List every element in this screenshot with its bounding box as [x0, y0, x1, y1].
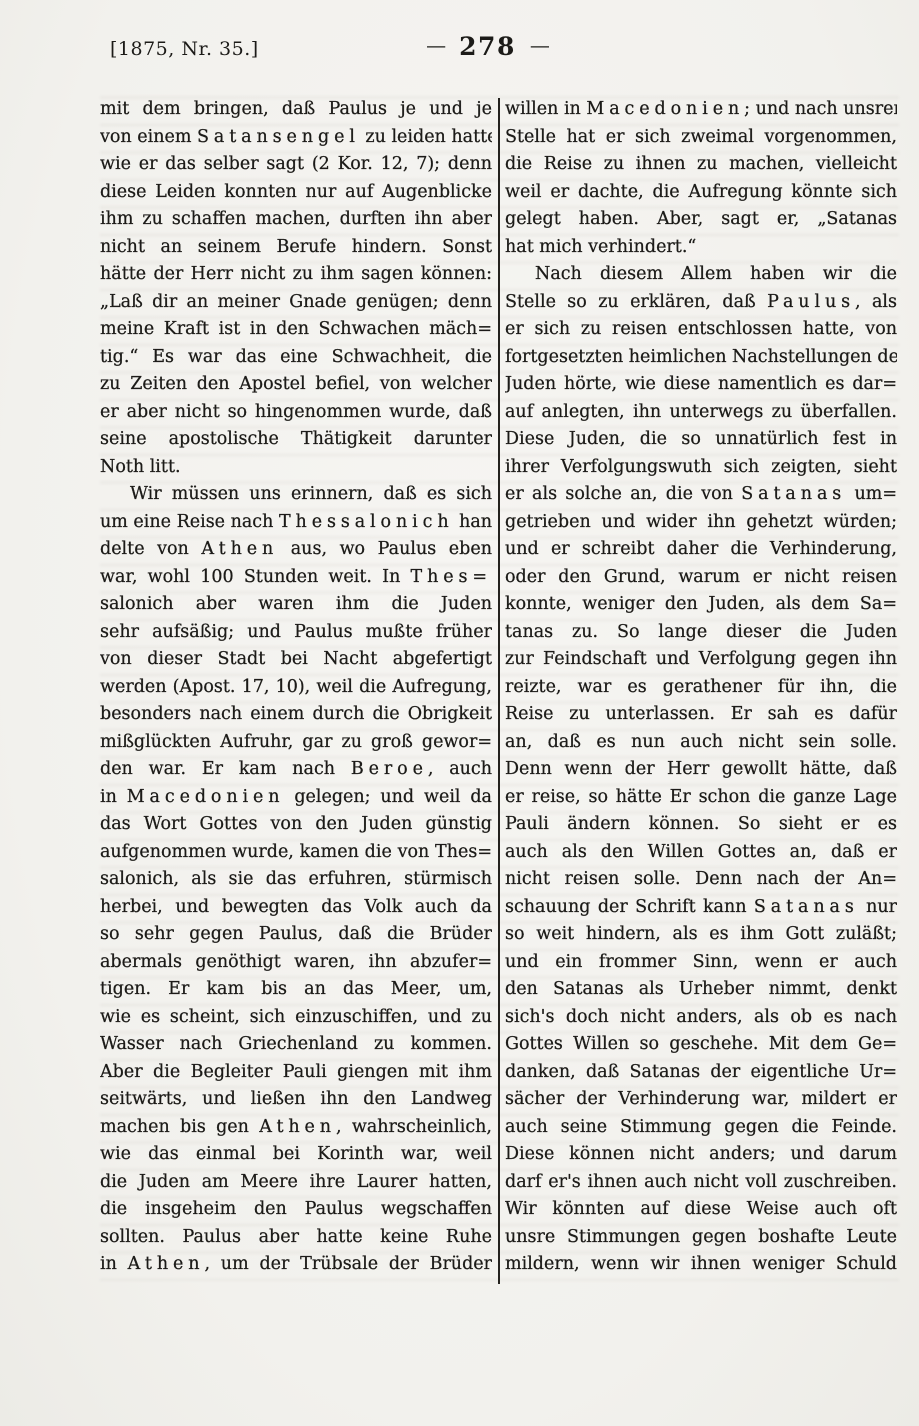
- letterspaced-word: Athen: [128, 1254, 205, 1274]
- text-line: an, daß es nun auch nicht sein solle.: [505, 729, 897, 757]
- text-line: den Satanas als Urheber nimmt, denkt: [505, 976, 897, 1004]
- text-line: nicht an seinem Berufe hindern. Sonst: [100, 234, 492, 262]
- text-line: wie das einmal bei Korinth war, weil: [100, 1141, 492, 1169]
- right-text-column: willen in Macedonien; und nach unsrerSte…: [505, 96, 897, 1284]
- text-line: tanas zu. So lange dieser die Juden: [505, 619, 897, 647]
- text-line: sollten. Paulus aber hatte keine Ruhe: [100, 1224, 492, 1252]
- text-line: herbei, und bewegten das Volk auch da: [100, 894, 492, 922]
- text-line: die Juden am Meere ihre Laurer hatten,: [100, 1169, 492, 1197]
- letterspaced-word: Beroe: [351, 759, 428, 779]
- two-column-text-body: mit dem bringen, daß Paulus je und jevon…: [100, 96, 897, 1284]
- left-text-column: mit dem bringen, daß Paulus je und jevon…: [100, 96, 492, 1284]
- page-number: 278: [459, 32, 516, 61]
- page-number-header: —278—: [28, 32, 919, 61]
- text-line: er aber nicht so hingenommen wurde, daß: [100, 399, 492, 427]
- text-line: er als solche an, die von Satanas um=: [505, 481, 897, 509]
- text-line: reizte, war es gerathener für ihn, die: [505, 674, 897, 702]
- text-line: das Wort Gottes von den Juden günstig: [100, 811, 492, 839]
- text-line: getrieben und wider ihn gehetzt würden;: [505, 509, 897, 537]
- text-line: darf er's ihnen auch nicht voll zuschrei…: [505, 1169, 897, 1197]
- text-line: abermals genöthigt waren, ihn abzufer=: [100, 949, 492, 977]
- letterspaced-word: Satanas: [754, 897, 859, 917]
- letterspaced-word: Thessalonich: [279, 512, 454, 532]
- text-line: in Macedonien gelegen; und weil da: [100, 784, 492, 812]
- text-line: salonich aber waren ihm die Juden: [100, 591, 492, 619]
- text-line: mit dem bringen, daß Paulus je und je: [100, 96, 492, 124]
- letterspaced-word: Thes=: [411, 567, 492, 587]
- text-line: danken, daß Satanas der eigentliche Ur=: [505, 1059, 897, 1087]
- text-line: sächer der Verhinderung war, mildert er: [505, 1086, 897, 1114]
- letterspaced-word: Satansengel: [197, 127, 360, 147]
- text-line: sehr aufsäßig; und Paulus mußte früher: [100, 619, 492, 647]
- text-line: Wir könnten auf diese Weise auch oft: [505, 1196, 897, 1224]
- text-line: zu Zeiten den Apostel befiel, von welche…: [100, 371, 492, 399]
- text-line: er sich zu reisen entschlossen hatte, vo…: [505, 316, 897, 344]
- letterspaced-word: Paulus: [767, 292, 855, 312]
- text-line: er reise, so hätte Er schon die ganze La…: [505, 784, 897, 812]
- text-line: meine Kraft ist in den Schwachen mäch=: [100, 316, 492, 344]
- text-line: tig.“ Es war das eine Schwachheit, die: [100, 344, 492, 372]
- text-line: gelegt haben. Aber, sagt er, „Satanas: [505, 206, 897, 234]
- text-line: die Reise zu ihnen zu machen, vielleicht: [505, 151, 897, 179]
- text-line: weil er dachte, die Aufregung könnte sic…: [505, 179, 897, 207]
- text-line: fortgesetzten heimlichen Nachstellungen …: [505, 344, 897, 372]
- text-line: Pauli ändern können. So sieht er es: [505, 811, 897, 839]
- text-line: die insgeheim den Paulus wegschaffen: [100, 1196, 492, 1224]
- text-line: ihrer Verfolgungswuth sich zeigten, sieh…: [505, 454, 897, 482]
- text-line: seitwärts, und ließen ihn den Landweg: [100, 1086, 492, 1114]
- text-line: Stelle so zu erklären, daß Paulus, als: [505, 289, 897, 317]
- text-line: „Laß dir an meiner Gnade genügen; denn: [100, 289, 492, 317]
- text-line: zur Feindschaft und Verfolgung gegen ihn: [505, 646, 897, 674]
- text-line: um eine Reise nach Thessalonich han=: [100, 509, 492, 537]
- text-line: so weit hindern, als es ihm Gott zuläßt;: [505, 921, 897, 949]
- text-line: wie es scheint, sich einzuschiffen, und …: [100, 1004, 492, 1032]
- text-line: Gottes Willen so geschehe. Mit dem Ge=: [505, 1031, 897, 1059]
- text-line: war, wohl 100 Stunden weit. In Thes=: [100, 564, 492, 592]
- text-line: mildern, wenn wir ihnen weniger Schuld: [505, 1251, 897, 1279]
- text-line: salonich, als sie das erfuhren, stürmisc…: [100, 866, 492, 894]
- letterspaced-word: Macedonien: [586, 99, 744, 119]
- text-line: so sehr gegen Paulus, daß die Brüder: [100, 921, 492, 949]
- text-line: Wir müssen uns erinnern, daß es sich: [100, 481, 492, 509]
- text-line: werden (Apost. 17, 10), weil die Aufregu…: [100, 674, 492, 702]
- text-line: seine apostolische Thätigkeit darunter: [100, 426, 492, 454]
- text-line: oder den Grund, warum er nicht reisen: [505, 564, 897, 592]
- text-line: mißglückten Aufruhr, gar zu groß gewor=: [100, 729, 492, 757]
- page-number-dash-left: —: [426, 33, 445, 57]
- scanned-newspaper-page: [1875, Nr. 35.] —278— mit dem bringen, d…: [0, 0, 919, 1426]
- text-line: wie er das selber sagt (2 Kor. 12, 7); d…: [100, 151, 492, 179]
- text-line: Stelle hat er sich zweimal vorgenommen,: [505, 124, 897, 152]
- letterspaced-word: Macedonien: [127, 787, 285, 807]
- text-line: machen bis gen Athen, wahrscheinlich,: [100, 1114, 492, 1142]
- text-line: schauung der Schrift kann Satanas nur: [505, 894, 897, 922]
- text-line: Diese Juden, die so unnatürlich fest in: [505, 426, 897, 454]
- text-line: Nach diesem Allem haben wir die: [505, 261, 897, 289]
- text-line: Juden hörte, wie diese namentlich es dar…: [505, 371, 897, 399]
- text-line: auch als den Willen Gottes an, daß er: [505, 839, 897, 867]
- letterspaced-word: Athen: [259, 1117, 336, 1137]
- letterspaced-word: Satanas: [741, 484, 846, 504]
- text-line: nicht reisen solle. Denn nach der An=: [505, 866, 897, 894]
- text-line: unsre Stimmungen gegen boshafte Leute: [505, 1224, 897, 1252]
- text-line: und er schreibt daher die Verhinderung,: [505, 536, 897, 564]
- text-line: delte von Athen aus, wo Paulus eben: [100, 536, 492, 564]
- text-line: ihm zu schaffen machen, durften ihn aber: [100, 206, 492, 234]
- text-line: den war. Er kam nach Beroe, auch: [100, 756, 492, 784]
- text-line: Aber die Begleiter Pauli giengen mit ihm: [100, 1059, 492, 1087]
- text-line: hat mich verhindert.“: [505, 234, 897, 262]
- text-line: und ein frommer Sinn, wenn er auch: [505, 949, 897, 977]
- column-divider-rule: [498, 98, 500, 1284]
- text-line: Denn wenn der Herr gewollt hätte, daß: [505, 756, 897, 784]
- text-line: auch seine Stimmung gegen die Feinde.: [505, 1114, 897, 1142]
- text-line: in Athen, um der Trübsale der Brüder: [100, 1251, 492, 1279]
- text-line: Wasser nach Griechenland zu kommen.: [100, 1031, 492, 1059]
- text-line: Diese können nicht anders; und darum: [505, 1141, 897, 1169]
- text-line: auf anlegten, ihn unterwegs zu überfalle…: [505, 399, 897, 427]
- text-line: aufgenommen wurde, kamen die von Thes=: [100, 839, 492, 867]
- text-line: Noth litt.: [100, 454, 492, 482]
- text-line: von einem Satansengel zu leiden hatte,: [100, 124, 492, 152]
- text-line: sich's doch nicht anders, als ob es nach: [505, 1004, 897, 1032]
- text-line: von dieser Stadt bei Nacht abgefertigt: [100, 646, 492, 674]
- text-line: diese Leiden konnten nur auf Augenblicke: [100, 179, 492, 207]
- text-line: willen in Macedonien; und nach unsrer: [505, 96, 897, 124]
- text-line: Reise zu unterlassen. Er sah es dafür: [505, 701, 897, 729]
- page-number-dash-right: —: [530, 33, 549, 57]
- text-line: konnte, weniger den Juden, als dem Sa=: [505, 591, 897, 619]
- letterspaced-word: Athen: [201, 539, 278, 559]
- text-line: besonders nach einem durch die Obrigkeit: [100, 701, 492, 729]
- text-line: hätte der Herr nicht zu ihm sagen können…: [100, 261, 492, 289]
- text-line: tigen. Er kam bis an das Meer, um,: [100, 976, 492, 1004]
